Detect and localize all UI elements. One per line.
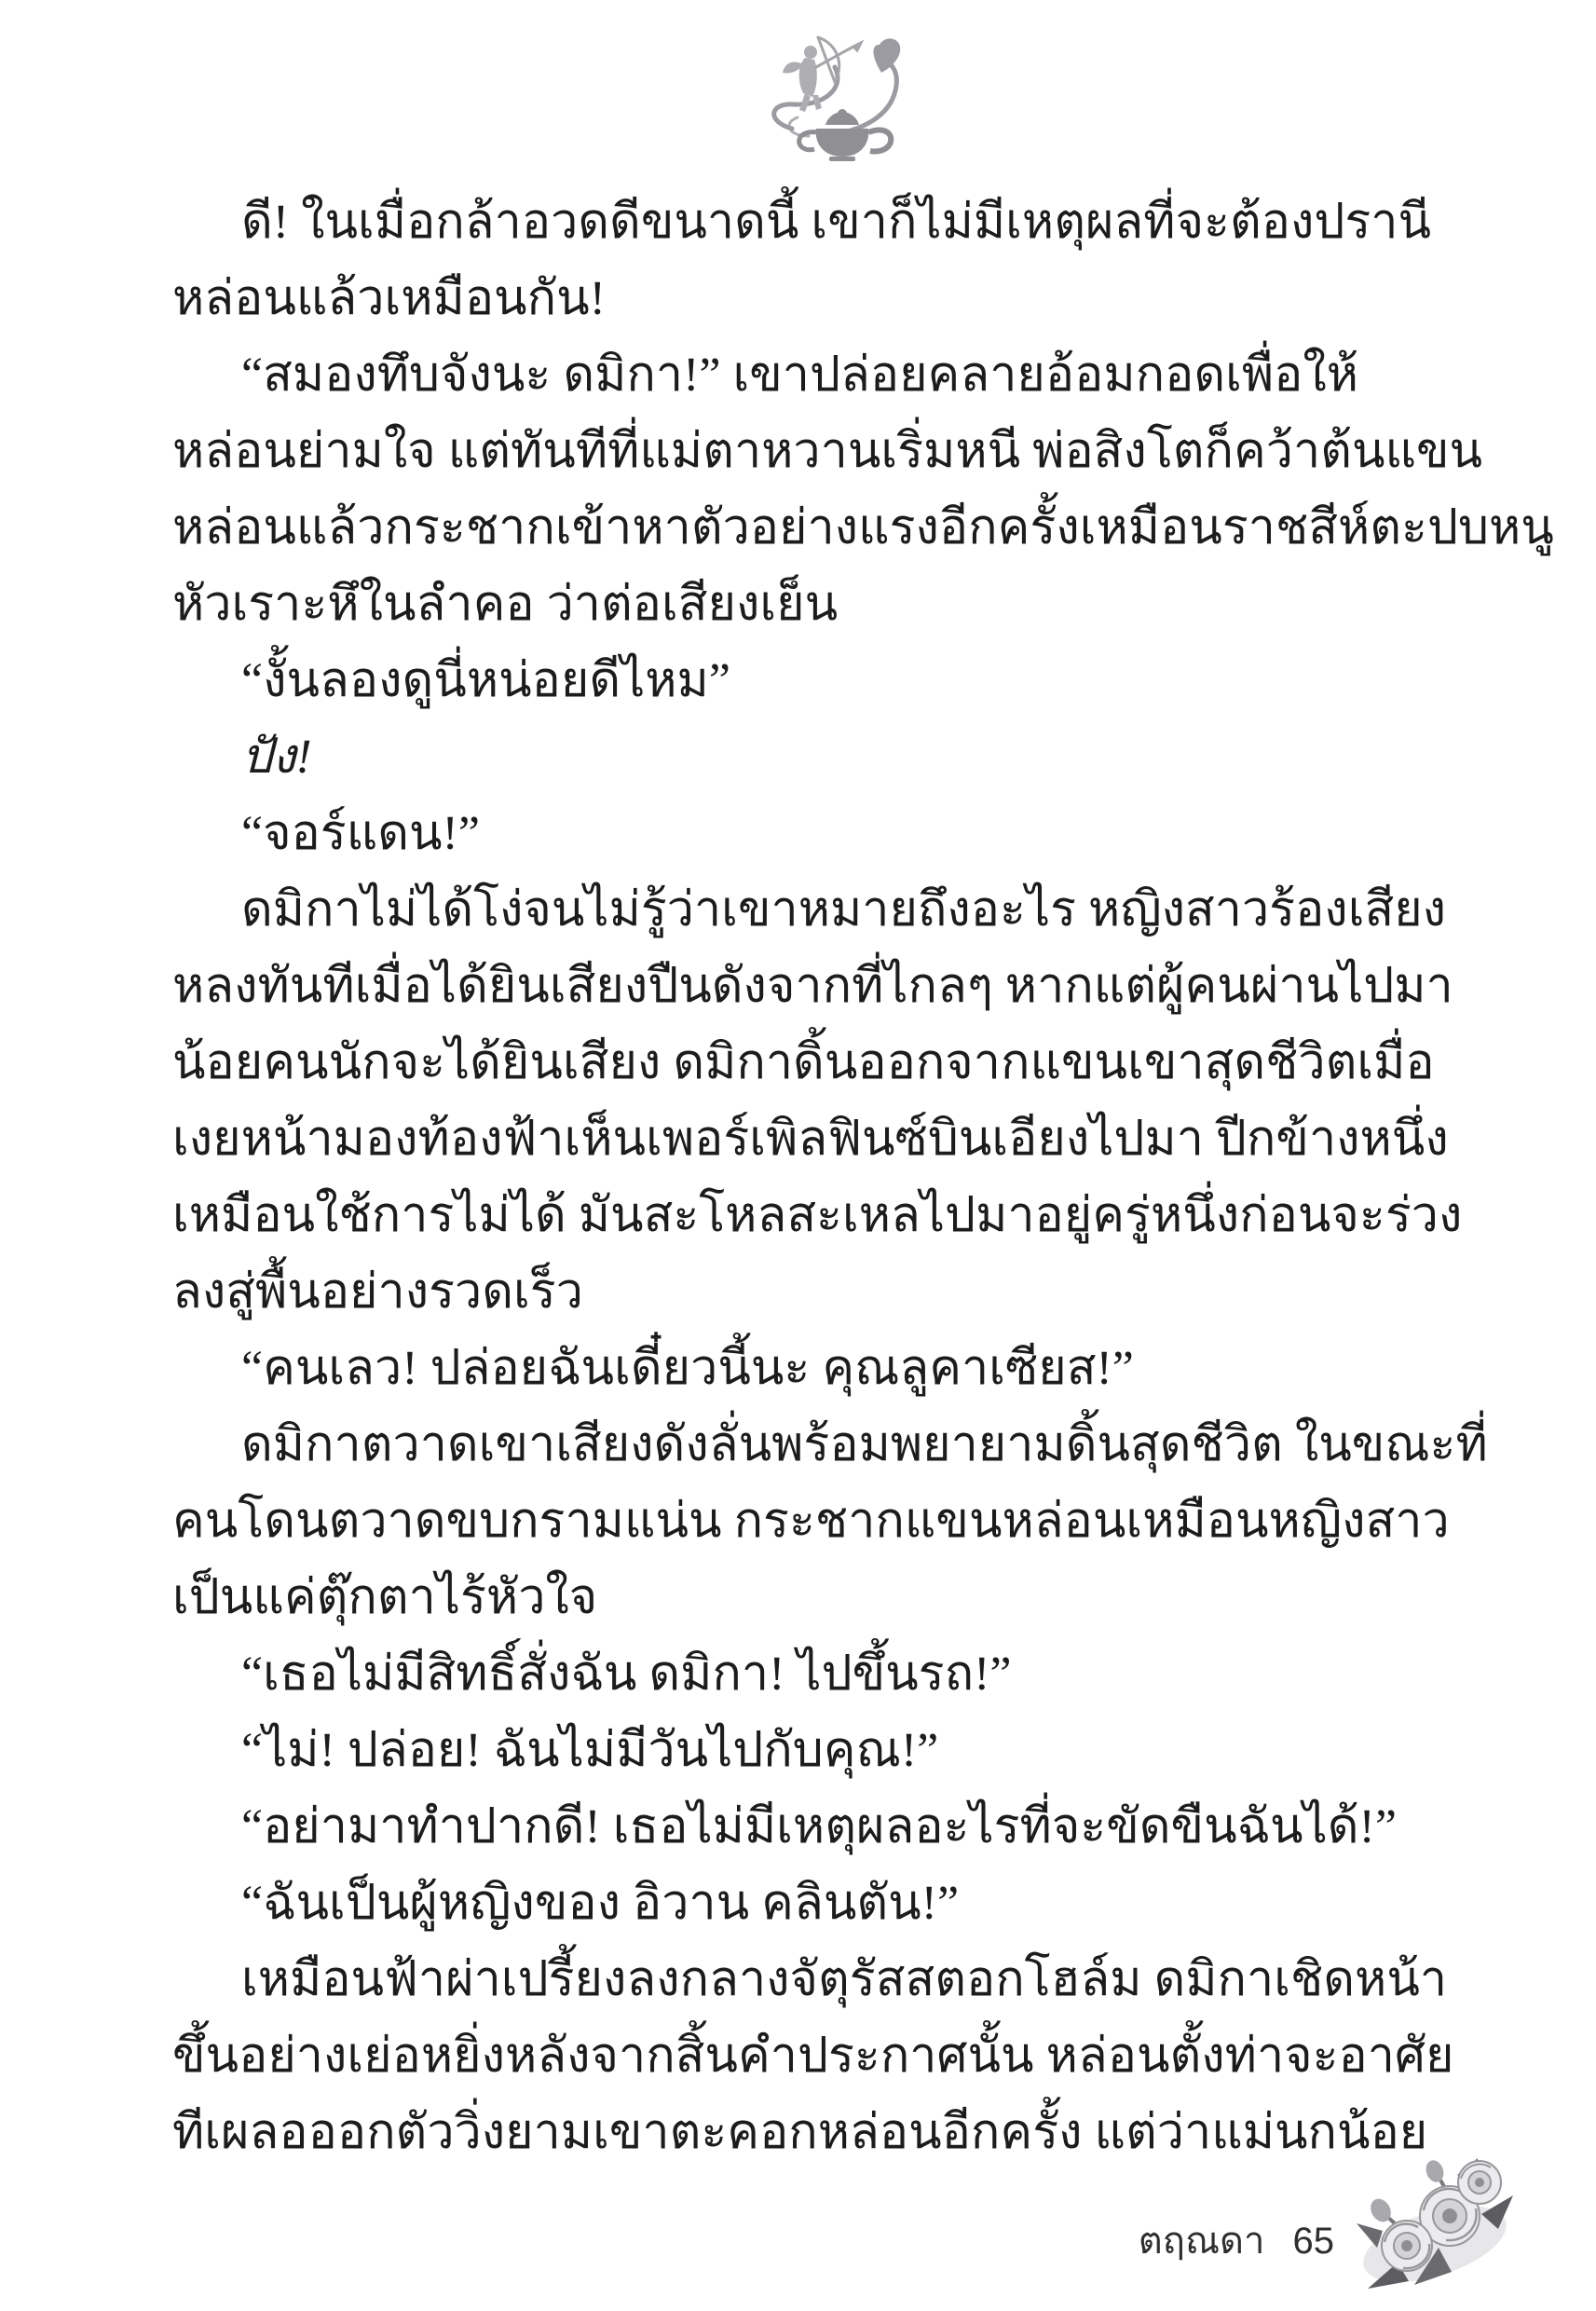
footer: ตฤณดา 65 bbox=[1139, 2210, 1334, 2270]
text-line: หลงทันทีเมื่อได้ยินเสียงปืนดังจากที่ไกลๆ… bbox=[172, 949, 1430, 1025]
text-line: ดมิกาตวาดเขาเสียงดังลั่นพร้อมพยายามดิ้นส… bbox=[172, 1407, 1430, 1484]
text-line: ดี! ในเมื่อกล้าอวดดีขนาดนี้ เขาก็ไม่มีเห… bbox=[172, 185, 1430, 261]
rose-blossom bbox=[1382, 2221, 1432, 2271]
text-line: หล่อนย่ามใจ แต่ทันทีที่แม่ตาหวานเริ่มหนี… bbox=[172, 414, 1430, 490]
roses-icon bbox=[1349, 2158, 1521, 2298]
book-title: ตฤณดา bbox=[1139, 2210, 1265, 2270]
cupid-teapot-icon bbox=[757, 24, 915, 164]
text-line: เหมือนฟ้าผ่าเปรี้ยงลงกลางจัตุรัสสตอกโฮล์… bbox=[172, 1942, 1430, 2018]
text-line: ทีเผลอออกตัววิ่งยามเขาตะคอกหล่อนอีกครั้ง… bbox=[172, 2095, 1430, 2171]
text-line: ลงสู่พื้นอย่างรวดเร็ว bbox=[172, 1254, 1430, 1331]
text-line: “คนเลว! ปล่อยฉันเดี๋ยวนี้นะ คุณลูคาเซียส… bbox=[172, 1331, 1430, 1407]
text-line: ขึ้นอย่างเย่อหยิ่งหลังจากสิ้นคำประกาศนั้… bbox=[172, 2018, 1430, 2095]
text-line: เหมือนใช้การไม่ได้ มันสะโหลสะเหลไปมาอยู่… bbox=[172, 1178, 1430, 1254]
text-line: ปัง! bbox=[172, 719, 1430, 796]
text-line: หัวเราะหึในลำคอ ว่าต่อเสียงเย็น bbox=[172, 567, 1430, 643]
text-line: เงยหน้ามองท้องฟ้าเห็นเพอร์เพิลฟินซ์บินเอ… bbox=[172, 1101, 1430, 1178]
book-page: ดี! ในเมื่อกล้าอวดดีขนาดนี้ เขาก็ไม่มีเห… bbox=[0, 0, 1596, 2311]
cupid-figure bbox=[783, 46, 822, 112]
text-line: คนโดนตวาดขบกรามแน่น กระชากแขนหล่อนเหมือน… bbox=[172, 1484, 1430, 1560]
rose-blossom bbox=[1458, 2161, 1501, 2204]
text-line: เป็นแค่ตุ๊กตาไร้หัวใจ bbox=[172, 1560, 1430, 1636]
text-line: “เธอไม่มีสิทธิ์สั่งฉัน ดมิกา! ไปขึ้นรถ!” bbox=[172, 1636, 1430, 1713]
bow-arrow bbox=[816, 37, 861, 82]
page-number: 65 bbox=[1293, 2221, 1335, 2263]
text-line: “อย่ามาทำปากดี! เธอไม่มีเหตุผลอะไรที่จะข… bbox=[172, 1789, 1430, 1866]
text-line: “จอร์แดน!” bbox=[172, 796, 1430, 872]
text-line: “ไม่! ปล่อย! ฉันไม่มีวันไปกับคุณ!” bbox=[172, 1713, 1430, 1789]
text-line: “ฉันเป็นผู้หญิงของ อิวาน คลินตัน!” bbox=[172, 1866, 1430, 1942]
text-line: “สมองทึบจังนะ ดมิกา!” เขาปล่อยคลายอ้อมกอ… bbox=[172, 337, 1430, 414]
text-block: ดี! ในเมื่อกล้าอวดดีขนาดนี้ เขาก็ไม่มีเห… bbox=[172, 185, 1430, 2171]
text-line: ดมิกาไม่ได้โง่จนไม่รู้ว่าเขาหมายถึงอะไร … bbox=[172, 872, 1430, 949]
text-line: หล่อนแล้วกระชากเข้าหาตัวอย่างแรงอีกครั้ง… bbox=[172, 490, 1430, 567]
heart-icon bbox=[873, 38, 900, 73]
text-line: หล่อนแล้วเหมือนกัน! bbox=[172, 261, 1430, 337]
text-line: “งั้นลองดูนี่หน่อยดีไหม” bbox=[172, 643, 1430, 719]
text-line: น้อยคนนักจะได้ยินเสียง ดมิกาดิ้นออกจากแข… bbox=[172, 1025, 1430, 1101]
